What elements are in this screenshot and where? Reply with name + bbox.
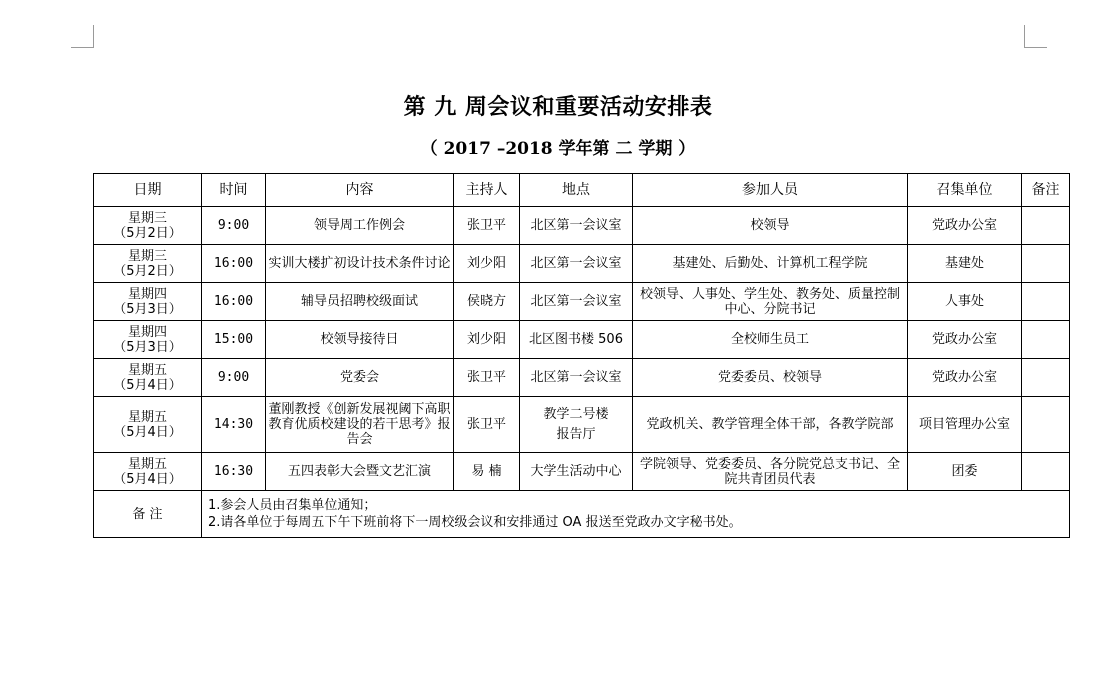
date: （5月2日） <box>96 264 199 279</box>
table-row: 星期三（5月2日） 16:00 实训大楼扩初设计技术条件讨论 刘少阳 北区第一会… <box>94 245 1070 283</box>
table-row: 星期四（5月3日） 15:00 校领导接待日 刘少阳 北区图书楼 506 全校师… <box>94 321 1070 359</box>
notes-body: 1.参会人员由召集单位通知； 2.请各单位于每周五下午下班前将下一周校级会议和安… <box>202 491 1070 538</box>
location-cell: 北区第一会议室 <box>520 207 633 245</box>
organizer-cell: 基建处 <box>908 245 1022 283</box>
participants-cell: 学院领导、党委委员、各分院党总支书记、全院共青团员代表 <box>633 453 908 491</box>
location-cell: 教学二号楼报告厅 <box>520 397 633 453</box>
time-cell: 14:30 <box>202 397 266 453</box>
location-cell: 北区图书楼 506 <box>520 321 633 359</box>
time-cell: 15:00 <box>202 321 266 359</box>
document-title: 第 九 周会议和重要活动安排表 <box>0 92 1116 122</box>
host-cell: 张卫平 <box>454 207 520 245</box>
header-content: 内容 <box>266 174 454 207</box>
header-date: 日期 <box>94 174 202 207</box>
time-cell: 16:00 <box>202 245 266 283</box>
notes-row: 备 注 1.参会人员由召集单位通知； 2.请各单位于每周五下午下班前将下一周校级… <box>94 491 1070 538</box>
date: （5月4日） <box>96 425 199 440</box>
content-cell: 校领导接待日 <box>266 321 454 359</box>
page-corner-mark-top-left <box>71 25 94 48</box>
date: （5月3日） <box>96 340 199 355</box>
host-cell: 刘少阳 <box>454 245 520 283</box>
remarks-cell <box>1022 283 1070 321</box>
organizer-cell: 党政办公室 <box>908 321 1022 359</box>
weekday: 星期四 <box>96 325 199 340</box>
date-cell: 星期三（5月2日） <box>94 207 202 245</box>
table-row: 星期四（5月3日） 16:00 辅导员招聘校级面试 侯晓方 北区第一会议室 校领… <box>94 283 1070 321</box>
table-row: 星期五（5月4日） 16:30 五四表彰大会暨文艺汇演 易 楠 大学生活动中心 … <box>94 453 1070 491</box>
remarks-cell <box>1022 207 1070 245</box>
participants-cell: 基建处、后勤处、计算机工程学院 <box>633 245 908 283</box>
date: （5月2日） <box>96 226 199 241</box>
date-cell: 星期五（5月4日） <box>94 453 202 491</box>
location-cell: 北区第一会议室 <box>520 283 633 321</box>
participants-cell: 全校师生员工 <box>633 321 908 359</box>
table-row: 星期五（5月4日） 9:00 党委会 张卫平 北区第一会议室 党委委员、校领导 … <box>94 359 1070 397</box>
note-line-2: 2.请各单位于每周五下午下班前将下一周校级会议和安排通过 OA 报送至党政办文字… <box>208 514 1067 531</box>
organizer-cell: 项目管理办公室 <box>908 397 1022 453</box>
remarks-cell <box>1022 245 1070 283</box>
header-time: 时间 <box>202 174 266 207</box>
location-cell: 北区第一会议室 <box>520 359 633 397</box>
table-row: 星期五（5月4日） 14:30 董刚教授《创新发展视阈下高职教育优质校建设的若干… <box>94 397 1070 453</box>
remarks-cell <box>1022 359 1070 397</box>
date-cell: 星期四（5月3日） <box>94 283 202 321</box>
date-cell: 星期五（5月4日） <box>94 359 202 397</box>
participants-cell: 党委委员、校领导 <box>633 359 908 397</box>
remarks-cell <box>1022 453 1070 491</box>
location-cell: 北区第一会议室 <box>520 245 633 283</box>
content-cell: 辅导员招聘校级面试 <box>266 283 454 321</box>
weekday: 星期三 <box>96 249 199 264</box>
participants-cell: 校领导 <box>633 207 908 245</box>
host-cell: 刘少阳 <box>454 321 520 359</box>
date: （5月4日） <box>96 378 199 393</box>
organizer-cell: 党政办公室 <box>908 359 1022 397</box>
participants-cell: 党政机关、教学管理全体干部，各教学院部 <box>633 397 908 453</box>
remarks-cell <box>1022 397 1070 453</box>
header-participants: 参加人员 <box>633 174 908 207</box>
weekday: 星期四 <box>96 287 199 302</box>
content-cell: 党委会 <box>266 359 454 397</box>
time-cell: 9:00 <box>202 207 266 245</box>
date-cell: 星期四（5月3日） <box>94 321 202 359</box>
organizer-cell: 党政办公室 <box>908 207 1022 245</box>
time-cell: 16:00 <box>202 283 266 321</box>
header-location: 地点 <box>520 174 633 207</box>
organizer-cell: 团委 <box>908 453 1022 491</box>
page-corner-mark-top-right <box>1024 25 1047 48</box>
host-cell: 易 楠 <box>454 453 520 491</box>
participants-cell: 校领导、人事处、学生处、教务处、质量控制中心、分院书记 <box>633 283 908 321</box>
content-cell: 实训大楼扩初设计技术条件讨论 <box>266 245 454 283</box>
time-cell: 16:30 <box>202 453 266 491</box>
remarks-cell <box>1022 321 1070 359</box>
content-cell: 领导周工作例会 <box>266 207 454 245</box>
content-cell: 五四表彰大会暨文艺汇演 <box>266 453 454 491</box>
document-subtitle: （ 2017 –2018 学年第 二 学期 ） <box>0 136 1116 162</box>
host-cell: 张卫平 <box>454 359 520 397</box>
note-line-1: 1.参会人员由召集单位通知； <box>208 497 1067 514</box>
content-cell: 董刚教授《创新发展视阈下高职教育优质校建设的若干思考》报告会 <box>266 397 454 453</box>
host-cell: 张卫平 <box>454 397 520 453</box>
time-cell: 9:00 <box>202 359 266 397</box>
table-header-row: 日期 时间 内容 主持人 地点 参加人员 召集单位 备注 <box>94 174 1070 207</box>
schedule-table: 日期 时间 内容 主持人 地点 参加人员 召集单位 备注 星期三（5月2日） 9… <box>93 173 1070 538</box>
weekday: 星期三 <box>96 211 199 226</box>
date-cell: 星期五（5月4日） <box>94 397 202 453</box>
header-remarks: 备注 <box>1022 174 1070 207</box>
date: （5月4日） <box>96 472 199 487</box>
date: （5月3日） <box>96 302 199 317</box>
notes-label: 备 注 <box>94 491 202 538</box>
header-host: 主持人 <box>454 174 520 207</box>
organizer-cell: 人事处 <box>908 283 1022 321</box>
weekday: 星期五 <box>96 410 199 425</box>
weekday: 星期五 <box>96 457 199 472</box>
date-cell: 星期三（5月2日） <box>94 245 202 283</box>
table-row: 星期三（5月2日） 9:00 领导周工作例会 张卫平 北区第一会议室 校领导 党… <box>94 207 1070 245</box>
weekday: 星期五 <box>96 363 199 378</box>
location-cell: 大学生活动中心 <box>520 453 633 491</box>
host-cell: 侯晓方 <box>454 283 520 321</box>
header-organizer: 召集单位 <box>908 174 1022 207</box>
